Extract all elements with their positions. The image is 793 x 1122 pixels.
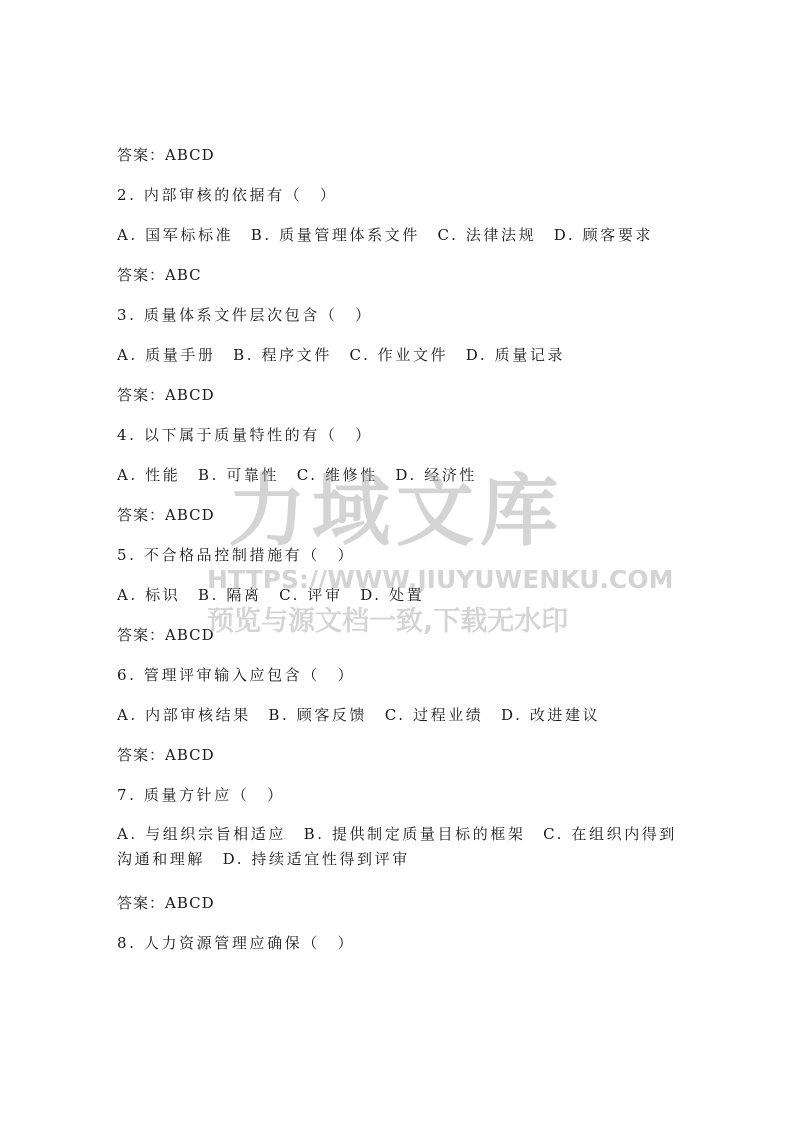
options-q6: A. 内部审核结果 B. 顾客反馈 C. 过程业绩 D. 改进建议: [117, 705, 600, 725]
answer-q3: 答案：ABCD: [117, 385, 215, 405]
answer-q5: 答案：ABCD: [117, 625, 215, 645]
question-7: 7. 质量方针应（ ）: [117, 785, 285, 805]
answer-q7: 答案：ABCD: [117, 893, 215, 913]
answer-q4: 答案：ABCD: [117, 505, 215, 525]
question-2: 2. 内部审核的依据有（ ）: [117, 185, 337, 205]
question-8: 8. 人力资源管理应确保（ ）: [117, 933, 355, 953]
answer-q2: 答案：ABC: [117, 265, 202, 285]
options-q3: A. 质量手册 B. 程序文件 C. 作业文件 D. 质量记录: [117, 345, 565, 365]
options-q2: A. 国军标标准 B. 质量管理体系文件 C. 法律法规 D. 顾客要求: [117, 225, 653, 245]
answer-q6: 答案：ABCD: [117, 745, 215, 765]
document-page: 答案：ABCD 2. 内部审核的依据有（ ） A. 国军标标准 B. 质量管理体…: [0, 0, 793, 1122]
options-q5: A. 标识 B. 隔离 C. 评审 D. 处置: [117, 585, 424, 605]
question-5: 5. 不合格品控制措施有（ ）: [117, 545, 355, 565]
options-q7: A. 与组织宗旨相适应 B. 提供制定质量目标的框架 C. 在组织内得到沟通和理…: [117, 822, 677, 872]
question-3: 3. 质量体系文件层次包含（ ）: [117, 305, 373, 325]
options-q4: A. 性能 B. 可靠性 C. 维修性 D. 经济性: [117, 465, 477, 485]
question-4: 4. 以下属于质量特性的有（ ）: [117, 425, 373, 445]
answer-q1: 答案：ABCD: [117, 145, 215, 165]
question-6: 6. 管理评审输入应包含（ ）: [117, 665, 355, 685]
